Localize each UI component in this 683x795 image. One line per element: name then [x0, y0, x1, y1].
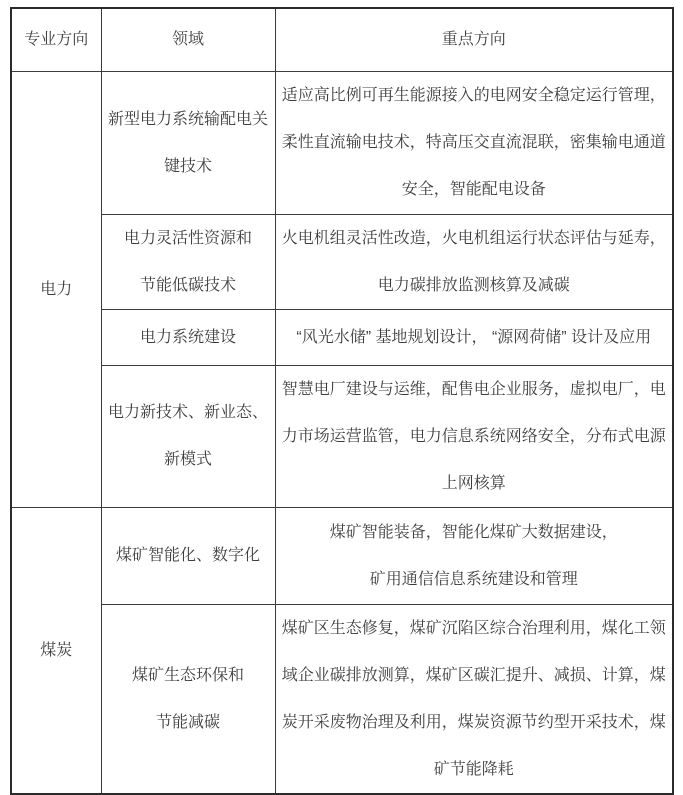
- field-cell: 电力系统建设: [101, 309, 275, 365]
- table-row: 电力 新型电力系统输配电关 键技术 适应高比例可再生能源接入的电网安全稳定运行管…: [11, 71, 673, 214]
- table-row: 电力系统建设 “风光水储” 基地规划设计， “源网荷储” 设计及应用: [11, 309, 673, 365]
- focus-cell: 煤矿智能装备，智能化煤矿大数据建设， 矿用通信信息系统建设和管理: [275, 507, 673, 604]
- header-field: 领域: [101, 8, 275, 71]
- table-row: 电力灵活性资源和 节能低碳技术 火电机组灵活性改造，火电机组运行状态评估与延寿，…: [11, 214, 673, 309]
- focus-cell: 智慧电厂建设与运维，配售电企业服务，虚拟电厂，电 力市场运营监管，电力信息系统网…: [275, 365, 673, 507]
- focus-cell: 适应高比例可再生能源接入的电网安全稳定运行管理， 柔性直流输电技术，特高压交直流…: [275, 71, 673, 214]
- focus-cell: 煤矿区生态修复，煤矿沉陷区综合治理利用，煤化工领 域企业碳排放测算，煤矿区碳汇提…: [275, 604, 673, 794]
- header-category: 专业方向: [11, 8, 101, 71]
- focus-cell: “风光水储” 基地规划设计， “源网荷储” 设计及应用: [275, 309, 673, 365]
- table-row: 煤炭 煤矿智能化、数字化 煤矿智能装备，智能化煤矿大数据建设， 矿用通信信息系统…: [11, 507, 673, 604]
- category-cell-coal: 煤炭: [11, 507, 101, 794]
- field-cell: 电力灵活性资源和 节能低碳技术: [101, 214, 275, 309]
- focus-cell: 火电机组灵活性改造，火电机组运行状态评估与延寿， 电力碳排放监测核算及减碳: [275, 214, 673, 309]
- table-row: 电力新技术、新业态、 新模式 智慧电厂建设与运维，配售电企业服务，虚拟电厂，电 …: [11, 365, 673, 507]
- table-row: 煤矿生态环保和 节能减碳 煤矿区生态修复，煤矿沉陷区综合治理利用，煤化工领 域企…: [11, 604, 673, 794]
- field-cell: 新型电力系统输配电关 键技术: [101, 71, 275, 214]
- header-row: 专业方向 领域 重点方向: [11, 8, 673, 71]
- field-cell: 煤矿生态环保和 节能减碳: [101, 604, 275, 794]
- field-cell: 煤矿智能化、数字化: [101, 507, 275, 604]
- industry-directions-table: 专业方向 领域 重点方向 电力 新型电力系统输配电关 键技术 适应高比例可再生能…: [10, 7, 674, 795]
- field-cell: 电力新技术、新业态、 新模式: [101, 365, 275, 507]
- header-focus: 重点方向: [275, 8, 673, 71]
- page: { "table": { "headers": { "category": "专…: [0, 0, 683, 791]
- category-cell-power: 电力: [11, 71, 101, 507]
